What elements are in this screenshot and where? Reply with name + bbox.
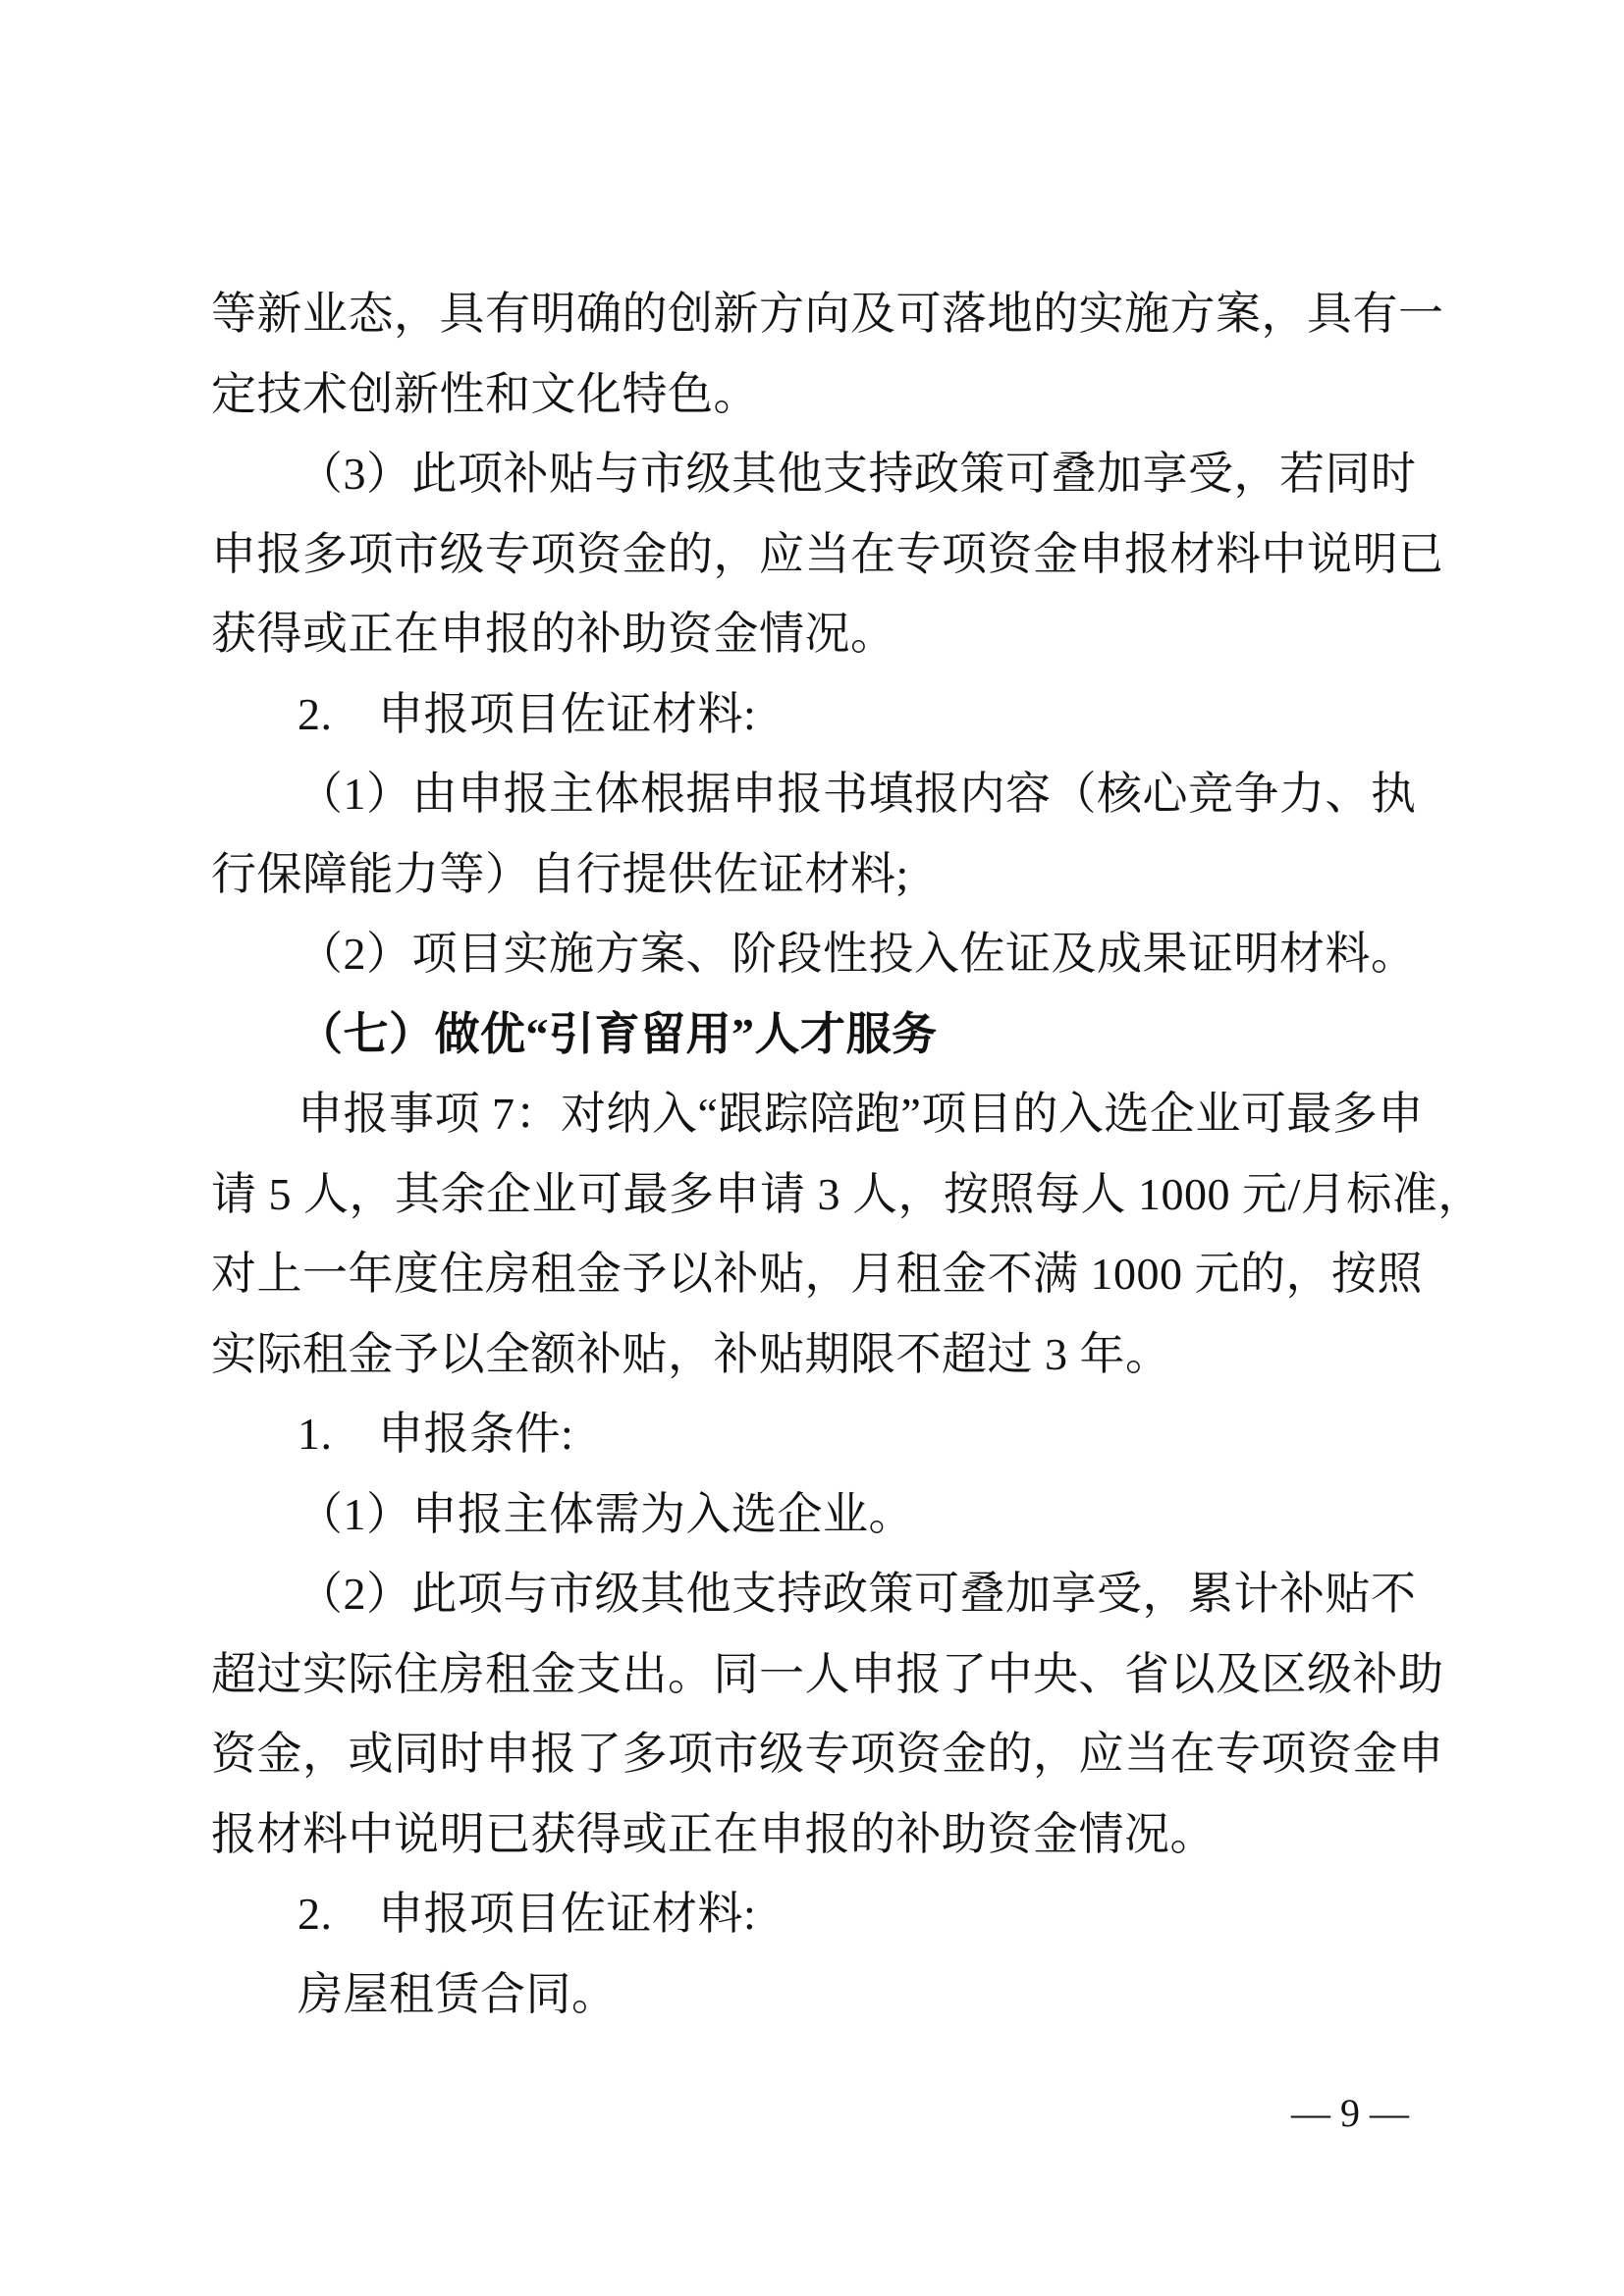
text-line: 行保障能力等）自行提供佐证材料; <box>211 834 1434 915</box>
text-line: 申报事项 7：对纳入“跟踪陪跑”项目的入选企业可最多申 <box>211 1074 1434 1154</box>
text-line: （1）由申报主体根据申报书填报内容（核心竞争力、执 <box>211 754 1434 834</box>
page-number: — 9 — <box>1267 2089 1434 2138</box>
text-line: 定技术创新性和文化特色。 <box>211 354 1434 435</box>
text-line: 2. 申报项目佐证材料: <box>211 674 1434 755</box>
text-line: 申报多项市级专项资金的，应当在专项资金申报材料中说明已 <box>211 514 1434 595</box>
text-line: 1. 申报条件: <box>211 1394 1434 1474</box>
text-line: 超过实际住房租金支出。同一人申报了中央、省以及区级补助 <box>211 1634 1434 1715</box>
text-line: 报材料中说明已获得或正在申报的补助资金情况。 <box>211 1794 1434 1875</box>
text-line: （1）申报主体需为入选企业。 <box>211 1474 1434 1555</box>
text-block: 等新业态，具有明确的创新方向及可落地的实施方案，具有一定技术创新性和文化特色。（… <box>211 274 1434 2034</box>
text-line: （3）此项补贴与市级其他支持政策可叠加享受，若同时 <box>211 434 1434 514</box>
text-line: （2）此项与市级其他支持政策可叠加享受，累计补贴不 <box>211 1554 1434 1634</box>
text-line: （2）项目实施方案、阶段性投入佐证及成果证明材料。 <box>211 914 1434 994</box>
text-line: 实际租金予以全额补贴，补贴期限不超过 3 年。 <box>211 1314 1434 1395</box>
document-page: 等新业态，具有明确的创新方向及可落地的实施方案，具有一定技术创新性和文化特色。（… <box>0 0 1624 2296</box>
text-line: 等新业态，具有明确的创新方向及可落地的实施方案，具有一 <box>211 274 1434 354</box>
text-line: 2. 申报项目佐证材料: <box>211 1874 1434 1954</box>
section-heading: （七）做优“引育留用”人才服务 <box>211 994 1434 1075</box>
text-line: 对上一年度住房租金予以补贴，月租金不满 1000 元的，按照 <box>211 1234 1434 1314</box>
text-line: 资金，或同时申报了多项市级专项资金的，应当在专项资金申 <box>211 1714 1434 1794</box>
text-line: 请 5 人，其余企业可最多申请 3 人，按照每人 1000 元/月标准， <box>211 1154 1434 1235</box>
text-line: 获得或正在申报的补助资金情况。 <box>211 594 1434 674</box>
text-line: 房屋租赁合同。 <box>211 1954 1434 2035</box>
